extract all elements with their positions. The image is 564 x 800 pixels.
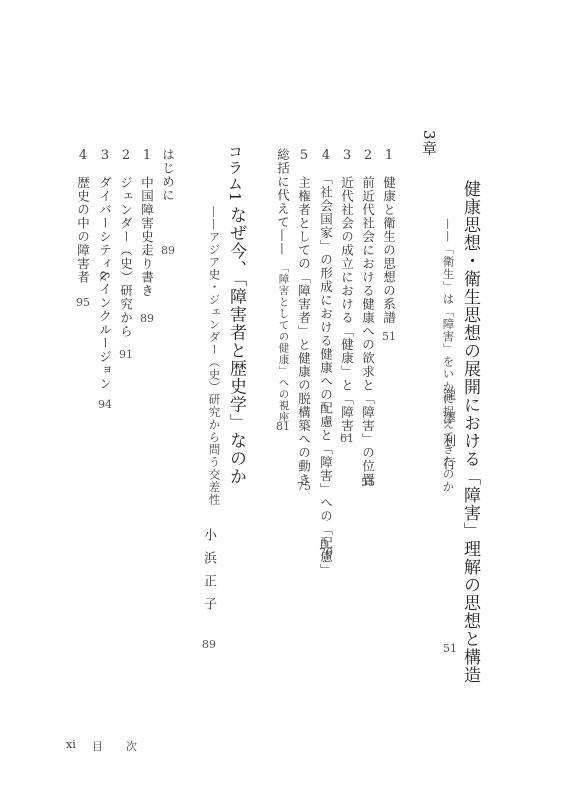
section-page: 55: [361, 476, 375, 489]
section-page: 51: [382, 330, 396, 343]
section-title[interactable]: 中国障害史走り書き: [140, 176, 153, 298]
section-title[interactable]: 歴史の中の障害者: [76, 176, 89, 284]
section-number: 1: [385, 148, 393, 163]
column-author: 小浜正子: [202, 528, 215, 620]
section-title[interactable]: ジェンダー（史）研究から: [119, 176, 132, 338]
chapter-page: 51: [443, 642, 457, 655]
section-page: 70: [319, 546, 333, 559]
section-number: 5: [300, 148, 308, 163]
running-head: 目 次: [92, 738, 143, 754]
section-page: 91: [119, 348, 133, 361]
section-number: 4: [79, 148, 87, 163]
intro-title[interactable]: はじめに: [161, 148, 174, 202]
section-page: 89: [140, 312, 154, 325]
page-number: xi: [66, 738, 76, 751]
section-number: 4: [322, 148, 330, 163]
section-title[interactable]: 健康と衛生の思想の系譜: [382, 176, 395, 325]
section-number: 2: [122, 148, 130, 163]
section-page: 75: [297, 480, 311, 493]
conclusion-page: 81: [276, 420, 290, 433]
intro-page: 89: [161, 244, 175, 257]
column-title: なぜ今、「障害者と歴史学」なのか: [227, 206, 244, 486]
section-number: 1: [143, 148, 151, 163]
conclusion-title[interactable]: 総括に代えて——: [276, 148, 289, 256]
chapter-title: 健康思想・衛生思想の展開における「障害」理解の思想と構造: [461, 180, 478, 684]
section-title[interactable]: 主権者としての「障害者」と健康の脱構築への動き: [297, 176, 310, 487]
section-title[interactable]: 「社会国家」の形成における健康への配慮と「障害」への「配慮」: [319, 172, 332, 577]
conclusion-subtitle: 「障害としての健康」への視座: [278, 262, 289, 423]
section-number: 3: [101, 148, 109, 163]
column-subtitle: ——アジア史・ジェンダー（史）研究から問う交差性: [208, 206, 220, 506]
chapter-label: 3章: [421, 130, 436, 157]
section-title[interactable]: ダイバーシティ&インクルージョン: [98, 176, 111, 391]
section-title[interactable]: 近代社会の成立における「健康」と「障害」: [340, 176, 353, 446]
section-number: 3: [343, 148, 351, 163]
section-page: 94: [98, 398, 112, 411]
chapter-author: 瀧澤利行: [441, 388, 454, 480]
section-page: 95: [76, 296, 90, 309]
column-label: コラム1: [227, 144, 242, 203]
section-page: 61: [340, 432, 354, 445]
section-number: 2: [364, 148, 372, 163]
section-title[interactable]: 前近代社会における健康への欲求と「障害」の位置: [361, 176, 374, 487]
column-page: 89: [202, 638, 216, 651]
